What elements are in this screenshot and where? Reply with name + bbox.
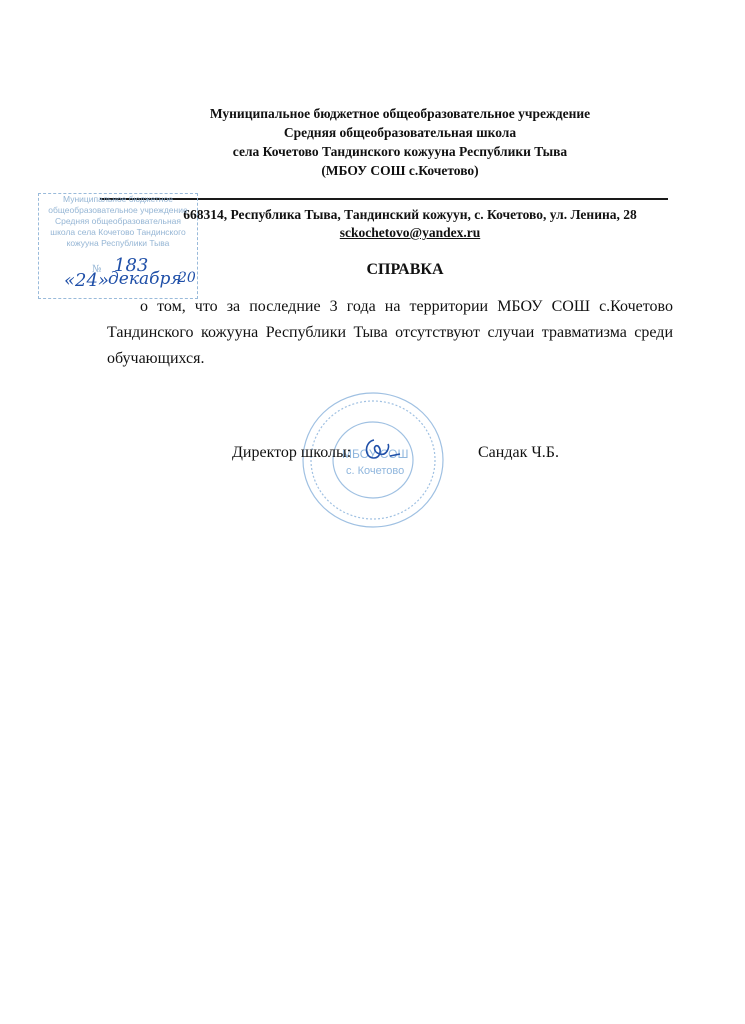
document-title: СПРАВКА: [300, 261, 510, 279]
organization-header: Муниципальное бюджетное общеобразователь…: [150, 104, 650, 180]
signature-label: Директор школы:: [232, 444, 351, 462]
stamp-line: общеобразовательное учреждение: [39, 205, 197, 216]
seal-text: с. Кочетово: [346, 465, 404, 477]
header-line: Средняя общеобразовательная школа: [150, 123, 650, 142]
stamp-line: школа села Кочетово Тандинского: [39, 227, 197, 238]
document-body: о том, что за последние 3 года на террит…: [107, 294, 673, 372]
stamp-line: Муниципальное бюджетное: [39, 194, 197, 205]
header-line: (МБОУ СОШ с.Кочетово): [150, 161, 650, 180]
stamp-line: Средняя общеобразовательная: [39, 216, 197, 227]
signatory-name: Сандак Ч.Б.: [478, 444, 559, 462]
registration-day: «24»: [64, 270, 109, 291]
address: 668314, Республика Тыва, Тандинский кожу…: [150, 205, 670, 225]
registration-month: декабря: [108, 269, 182, 289]
header-line: Муниципальное бюджетное общеобразователь…: [150, 104, 650, 123]
registration-year: 20: [178, 270, 196, 286]
stamp-line: кожууна Республики Тыва: [39, 238, 197, 249]
signature-icon: [360, 436, 408, 466]
email-link[interactable]: sckochetovo@yandex.ru: [150, 223, 670, 243]
header-line: села Кочетово Тандинского кожууна Респуб…: [150, 142, 650, 161]
